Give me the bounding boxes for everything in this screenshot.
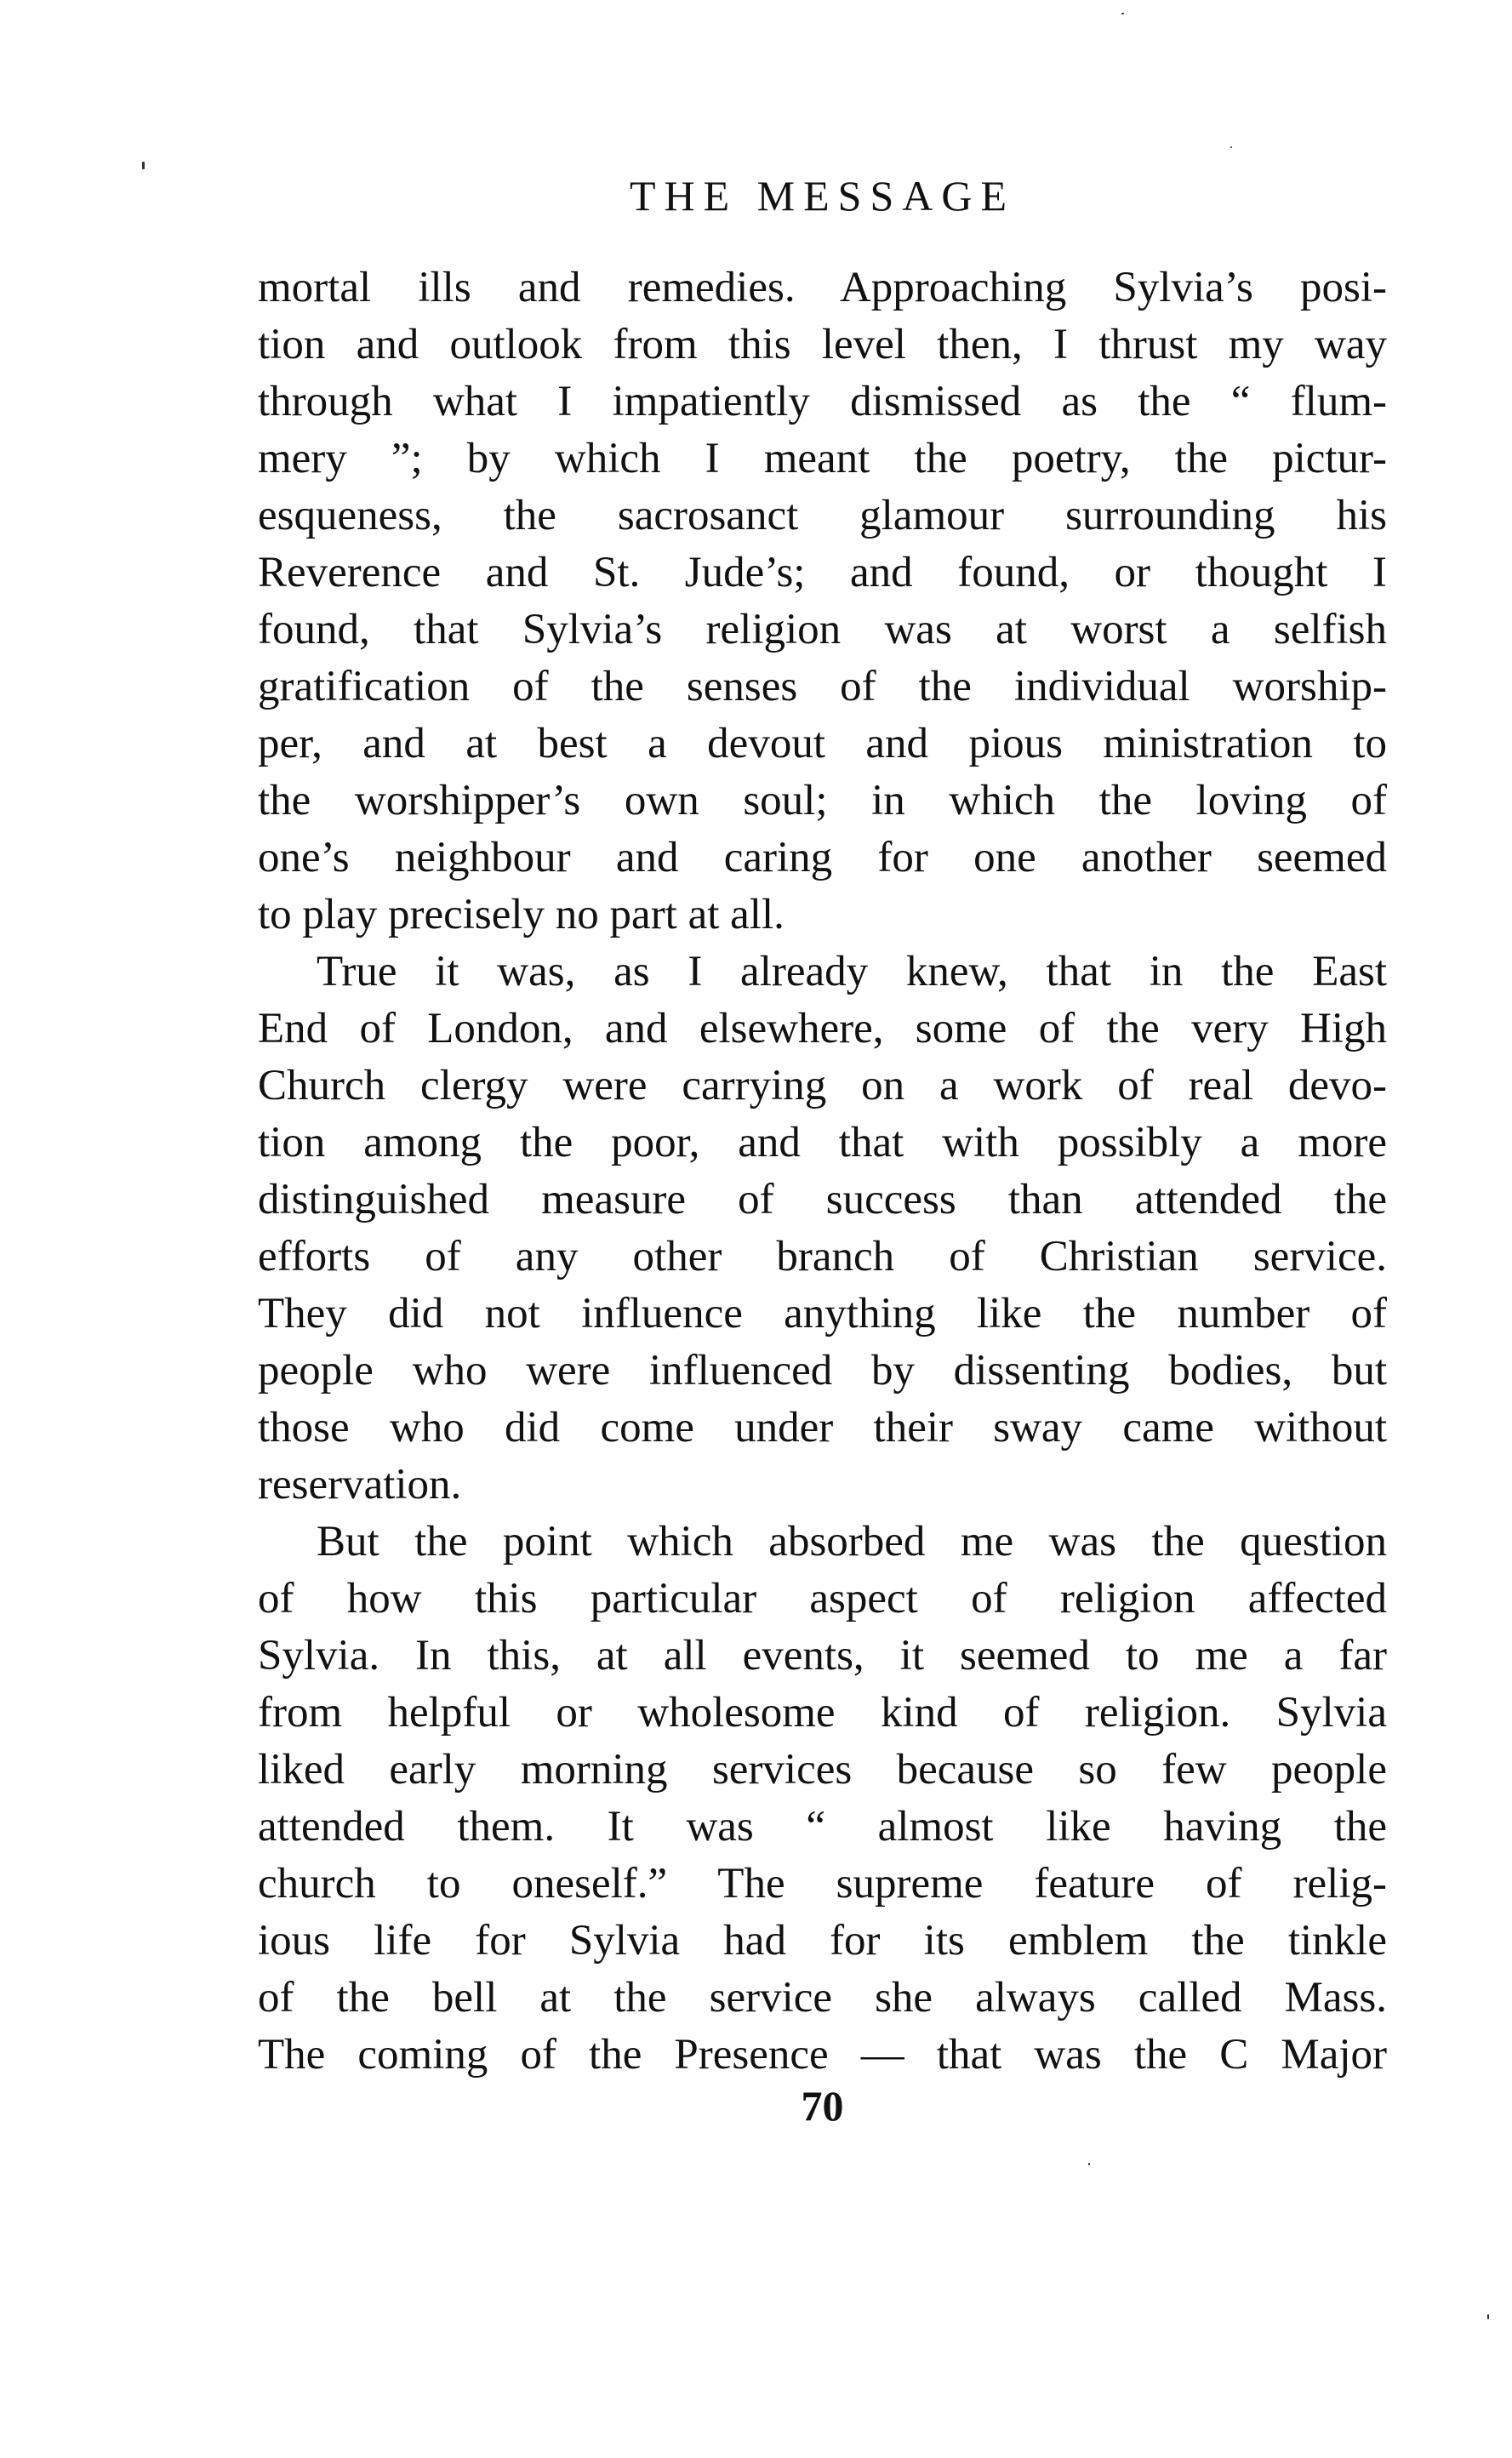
- running-head: THE MESSAGE: [258, 170, 1387, 221]
- text-line: of how this particular aspect of religio…: [258, 1571, 1387, 1628]
- text-line: liked early morning services because so …: [258, 1742, 1387, 1799]
- text-line: mery ”; by which I meant the poetry, the…: [258, 431, 1387, 488]
- text-line: End of London, and elsewhere, some of th…: [258, 1001, 1387, 1058]
- text-line: through what I impatiently dismissed as …: [258, 374, 1387, 431]
- scan-speck: [1487, 2314, 1489, 2319]
- book-page: THE MESSAGE mortal ills and remedies. Ap…: [0, 0, 1512, 2458]
- text-line: reservation.: [258, 1457, 1387, 1514]
- text-line: ious life for Sylvia had for its emblem …: [258, 1913, 1387, 1970]
- text-line: The coming of the Presence — that was th…: [258, 2027, 1387, 2084]
- text-line: of the bell at the service she always ca…: [258, 1970, 1387, 2027]
- text-line: efforts of any other branch of Christian…: [258, 1229, 1387, 1286]
- text-line: gratification of the senses of the indiv…: [258, 659, 1387, 716]
- text-line: from helpful or wholesome kind of religi…: [258, 1685, 1387, 1742]
- text-line: one’s neighbour and caring for one anoth…: [258, 830, 1387, 887]
- scan-speck: [1230, 146, 1232, 148]
- text-line: attended them. It was “ almost like havi…: [258, 1799, 1387, 1856]
- scan-speck: [142, 162, 145, 169]
- text-line: to play precisely no part at all.: [258, 887, 1387, 944]
- text-line: esqueness, the sacrosanct glamour surrou…: [258, 488, 1387, 545]
- text-line: But the point which absorbed me was the …: [317, 1514, 1387, 1571]
- text-line: True it was, as I already knew, that in …: [317, 944, 1387, 1001]
- text-line: mortal ills and remedies. Approaching Sy…: [258, 259, 1387, 317]
- text-line: tion among the poor, and that with possi…: [258, 1115, 1387, 1172]
- text-line: those who did come under their sway came…: [258, 1400, 1387, 1457]
- text-line: the worshipper’s own soul; in which the …: [258, 773, 1387, 830]
- page-number: 70: [258, 2080, 1387, 2131]
- text-line: people who were influenced by dissenting…: [258, 1343, 1387, 1400]
- text-line: distinguished measure of success than at…: [258, 1172, 1387, 1229]
- text-line: per, and at best a devout and pious mini…: [258, 716, 1387, 773]
- text-line: Church clergy were carrying on a work of…: [258, 1058, 1387, 1115]
- text-line: tion and outlook from this level then, I…: [258, 317, 1387, 374]
- text-line: They did not influence anything like the…: [258, 1286, 1387, 1343]
- scan-speck: [1121, 13, 1124, 14]
- text-line: Reverence and St. Jude’s; and found, or …: [258, 545, 1387, 602]
- scan-speck: [1088, 2163, 1090, 2165]
- text-line: church to oneself.” The supreme feature …: [258, 1856, 1387, 1913]
- text-line: Sylvia. In this, at all events, it seeme…: [258, 1628, 1387, 1685]
- text-line: found, that Sylvia’s religion was at wor…: [258, 602, 1387, 659]
